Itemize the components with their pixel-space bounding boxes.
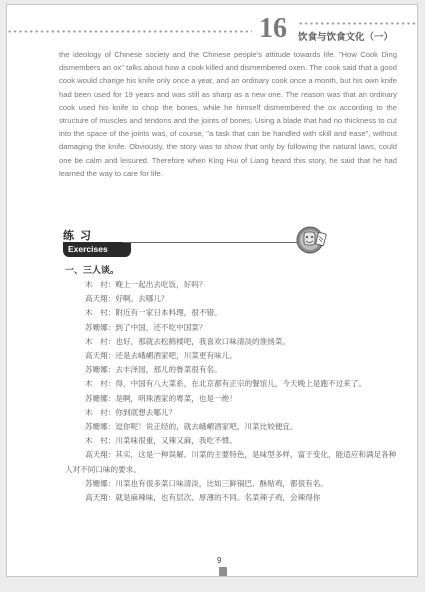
header-rule [123, 242, 303, 243]
speaker-label: 木 村： [85, 280, 115, 289]
dialog-text: 你到底想去哪儿？ [115, 408, 176, 417]
dialog-text: 去丰泽园，那儿的鲁菜很有名。 [115, 365, 221, 374]
dialog-line: 木 村：川菜味很重，又辣又麻，我吃不惯。 [65, 434, 397, 448]
speaker-label: 苏姗娜： [85, 365, 115, 374]
dialog-line: 苏姗娜：川菜也有很多菜口味清淡，比如三鲜锅巴、酥贴鸡，都很有名。 [65, 477, 397, 491]
dialog-text: 就是麻辣味，也有层次、厚薄的不同。名菜辣子鸡，会辣得你 [115, 493, 320, 502]
speaker-label: 木 村： [85, 408, 115, 417]
exercises-label-bar: Exercises [63, 242, 131, 257]
speaker-label: 苏姗娜： [85, 323, 115, 332]
page-number-tab [219, 567, 227, 577]
dialog-text: 晚上一起出去吃饭，好吗？ [115, 280, 206, 289]
dotted-rule-right [298, 22, 418, 25]
dialog-text: 其实，这是一种误解。川菜的主要特色，是味型多样，富于变化，能适应和满足各种人对不… [65, 450, 396, 473]
dialog-line: 木 村：附近有一家日本料理，很不错。 [65, 306, 397, 320]
speaker-label: 高天翔： [85, 294, 115, 303]
page-number: 9 [217, 556, 221, 565]
speaker-label: 苏姗娜： [85, 394, 115, 403]
dialog-text: 附近有一家日本料理，很不错。 [115, 308, 221, 317]
speaker-label: 木 村： [85, 308, 115, 317]
chapter-header: 16 饮食与饮食文化（一） [7, 13, 417, 43]
dialog-text: 川菜味很重，又辣又麻，我吃不惯。 [115, 436, 237, 445]
speaker-label: 高天翔： [85, 351, 115, 360]
dialog-text: 好啊。去哪儿？ [115, 294, 168, 303]
exercise-section-title: 一、三人谈。 [65, 263, 119, 276]
speaker-label: 高天翔： [85, 450, 115, 459]
dialog-line: 高天翔：还是去峨嵋酒家吧，川菜更有味儿。 [65, 349, 397, 363]
dialog-line: 木 村：你到底想去哪儿？ [65, 406, 397, 420]
dialog-text: 川菜也有很多菜口味清淡，比如三鲜锅巴、酥贴鸡，都很有名。 [115, 479, 328, 488]
dialog-text: 是啊，明珠酒家的粤菜，也是一绝！ [115, 394, 237, 403]
dialog-line: 木 村：晚上一起出去吃饭，好吗？ [65, 278, 397, 292]
dialog-text: 到了中国，还不吃中国菜？ [115, 323, 206, 332]
speaker-label: 苏姗娜： [85, 422, 115, 431]
exercises-title-en: Exercises [68, 244, 108, 254]
speaker-label: 苏姗娜： [85, 479, 115, 488]
speaker-label: 木 村： [85, 436, 115, 445]
dialog-line: 苏姗娜：是啊，明珠酒家的粤菜，也是一绝！ [65, 392, 397, 406]
speaker-label: 高天翔： [85, 493, 115, 502]
dialog-line: 木 村：得，中国有八大菜系，在北京都有正宗的餐馆儿，今天晚上是跑不过来了。 [65, 377, 397, 391]
book-page: 16 饮食与饮食文化（一） the ideology of Chinese so… [6, 4, 418, 577]
dialog-line: 高天翔：就是麻辣味，也有层次、厚薄的不同。名菜辣子鸡，会辣得你 [65, 491, 397, 505]
dialog-text: 逗你呢！说正经的，就去峨嵋酒家吧，川菜比较便宜。 [115, 422, 297, 431]
exercises-title-cn: 练习 [63, 227, 97, 243]
dialog-block: 木 村：晚上一起出去吃饭，好吗？ 高天翔：好啊。去哪儿？ 木 村：附近有一家日本… [65, 278, 397, 505]
exercises-header: 练习 Exercises [63, 227, 363, 267]
dialog-line: 苏姗娜：逗你呢！说正经的，就去峨嵋酒家吧，川菜比较便宜。 [65, 420, 397, 434]
dialog-line: 苏姗娜：去丰泽园，那儿的鲁菜很有名。 [65, 363, 397, 377]
dialog-line: 高天翔：其实，这是一种误解。川菜的主要特色，是味型多样，富于变化，能适应和满足各… [65, 448, 397, 476]
speaker-label: 木 村： [85, 337, 115, 346]
dotted-rule-left [7, 30, 252, 33]
dialog-text: 得，中国有八大菜系，在北京都有正宗的餐馆儿，今天晚上是跑不过来了。 [115, 379, 366, 388]
chapter-number: 16 [259, 14, 287, 44]
dialog-text: 还是去峨嵋酒家吧，川菜更有味儿。 [115, 351, 237, 360]
chapter-title: 饮食与饮食文化（一） [298, 29, 393, 43]
reading-paragraph: the ideology of Chinese society and the … [59, 48, 397, 180]
dialog-line: 高天翔：好啊。去哪儿？ [65, 292, 397, 306]
dialog-text: 也好，那就去松鹤楼吧，我喜欢口味清淡的淮扬菜。 [115, 337, 290, 346]
teacher-mascot-icon [296, 223, 330, 257]
dialog-line: 木 村：也好，那就去松鹤楼吧，我喜欢口味清淡的淮扬菜。 [65, 335, 397, 349]
speaker-label: 木 村： [85, 379, 115, 388]
dialog-line: 苏姗娜：到了中国，还不吃中国菜？ [65, 321, 397, 335]
